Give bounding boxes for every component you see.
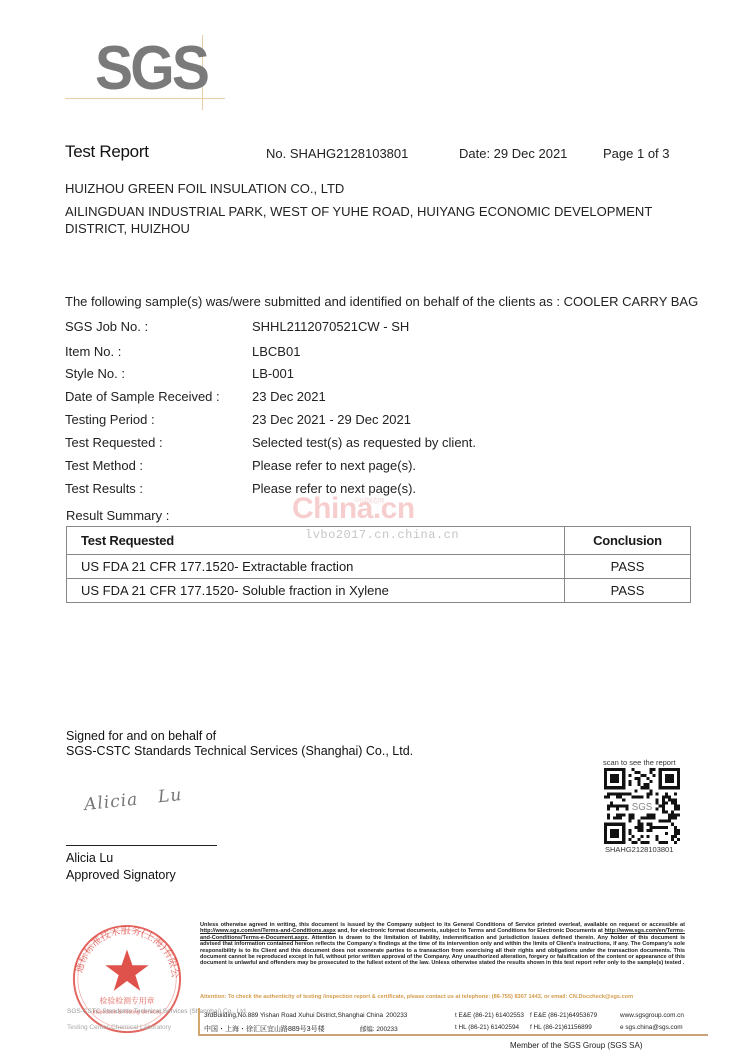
sgs-logo: SGS bbox=[95, 38, 207, 100]
fax-hl: f HL (86-21)61156899 bbox=[530, 1024, 592, 1031]
watermark-subtext: 中国制造网 bbox=[354, 496, 384, 505]
svg-text:SGS: SGS bbox=[632, 802, 653, 813]
client-address-line1: AILINGDUAN INDUSTRIAL PARK, WEST OF YUHE… bbox=[65, 204, 652, 219]
authenticity-notice: Attention: To check the authenticity of … bbox=[200, 994, 690, 1000]
field-value-testing-period: 23 Dec 2021 - 29 Dec 2021 bbox=[252, 412, 411, 427]
page-indicator: Page 1 of 3 bbox=[603, 146, 670, 161]
qr-caption: scan to see the report bbox=[603, 758, 676, 767]
test-name: US FDA 21 CFR 177.1520- Soluble fraction… bbox=[67, 579, 565, 603]
contact-bar: 3rdBuilding,No.889 Yishan Road Xuhui Dis… bbox=[198, 1008, 708, 1036]
report-number: No. SHAHG2128103801 bbox=[266, 146, 408, 161]
inspection-stamp-icon: 通标标准技术服务(上海)有限公司 检验检测专用章 Inspection & Te… bbox=[68, 922, 186, 1040]
field-label-testing-period: Testing Period : bbox=[65, 412, 155, 427]
field-label-item-no: Item No. : bbox=[65, 344, 121, 359]
qr-report-id: SHAHG2128103801 bbox=[605, 845, 673, 854]
watermark-url: lvbo2017.cn.china.cn bbox=[305, 528, 459, 542]
report-date: Date: 29 Dec 2021 bbox=[459, 146, 567, 161]
field-value-item-no: LBCB01 bbox=[252, 344, 300, 359]
address-en: 3rdBuilding,No.889 Yishan Road Xuhui Dis… bbox=[204, 1012, 383, 1019]
sgs-member-note: Member of the SGS Group (SGS SA) bbox=[510, 1041, 643, 1050]
field-label-test-requested: Test Requested : bbox=[65, 435, 163, 450]
signed-on-behalf-label: Signed for and on behalf of bbox=[66, 729, 216, 743]
field-value-job-no: SHHL2112070521CW - SH bbox=[252, 319, 409, 334]
test-conclusion: PASS bbox=[565, 579, 691, 603]
terms-link[interactable]: http://www.sgs.com/en/Terms-and-Conditio… bbox=[200, 928, 336, 934]
table-row: US FDA 21 CFR 177.1520- Soluble fraction… bbox=[67, 579, 691, 603]
test-conclusion: PASS bbox=[565, 555, 691, 579]
tel-ee: t E&E (86-21) 61402553 bbox=[455, 1012, 524, 1019]
field-label-job-no: SGS Job No. : bbox=[65, 319, 148, 334]
table-row: US FDA 21 CFR 177.1520- Extractable frac… bbox=[67, 555, 691, 579]
client-address-line2: DISTRICT, HUIZHOU bbox=[65, 221, 190, 236]
signatory-role: Approved Signatory bbox=[66, 868, 176, 882]
signature-line bbox=[66, 845, 217, 846]
field-label-style-no: Style No. : bbox=[65, 366, 125, 381]
signature-first: Alicia bbox=[83, 790, 139, 816]
test-name: US FDA 21 CFR 177.1520- Extractable frac… bbox=[67, 555, 565, 579]
email-link[interactable]: e sgs.china@sgs.com bbox=[620, 1024, 683, 1031]
sample-intro: The following sample(s) was/were submitt… bbox=[65, 294, 698, 309]
signing-company: SGS-CSTC Standards Technical Services (S… bbox=[66, 744, 413, 758]
website-link[interactable]: www.sgsgroup.com.cn bbox=[620, 1012, 684, 1019]
field-label-test-results: Test Results : bbox=[65, 481, 143, 496]
page-title: Test Report bbox=[65, 142, 149, 162]
qr-code-icon[interactable]: SGS bbox=[604, 768, 680, 844]
tel-hl: t HL (86-21) 61402594 bbox=[455, 1024, 519, 1031]
signatory-name: Alicia Lu bbox=[66, 851, 113, 865]
handwritten-signature: AliciaLu bbox=[83, 785, 183, 815]
svg-text:检验检测专用章: 检验检测专用章 bbox=[99, 996, 154, 1006]
field-value-test-requested: Selected test(s) as requested by client. bbox=[252, 435, 476, 450]
field-value-style-no: LB-001 bbox=[252, 366, 294, 381]
postcode-cn: 邮编: 200233 bbox=[360, 1024, 398, 1033]
client-name: HUIZHOU GREEN FOIL INSULATION CO., LTD bbox=[65, 181, 344, 196]
field-label-date-received: Date of Sample Received : bbox=[65, 389, 220, 404]
postcode-en: 200233 bbox=[386, 1012, 407, 1019]
fax-ee: f E&E (86-21)64953679 bbox=[530, 1012, 597, 1019]
field-label-test-method: Test Method : bbox=[65, 458, 143, 473]
result-summary-label: Result Summary : bbox=[66, 508, 169, 523]
stamp-caption-lab: Testing Center-Chemical Laboratory bbox=[67, 1024, 171, 1031]
address-cn: 中国・上海・徐汇区宜山路889号3号楼 bbox=[204, 1024, 325, 1034]
field-value-test-method: Please refer to next page(s). bbox=[252, 458, 416, 473]
field-value-date-received: 23 Dec 2021 bbox=[252, 389, 326, 404]
column-header-conclusion: Conclusion bbox=[565, 527, 691, 555]
signature-last: Lu bbox=[157, 785, 183, 807]
legal-disclaimer: Unless otherwise agreed in writing, this… bbox=[200, 922, 685, 967]
